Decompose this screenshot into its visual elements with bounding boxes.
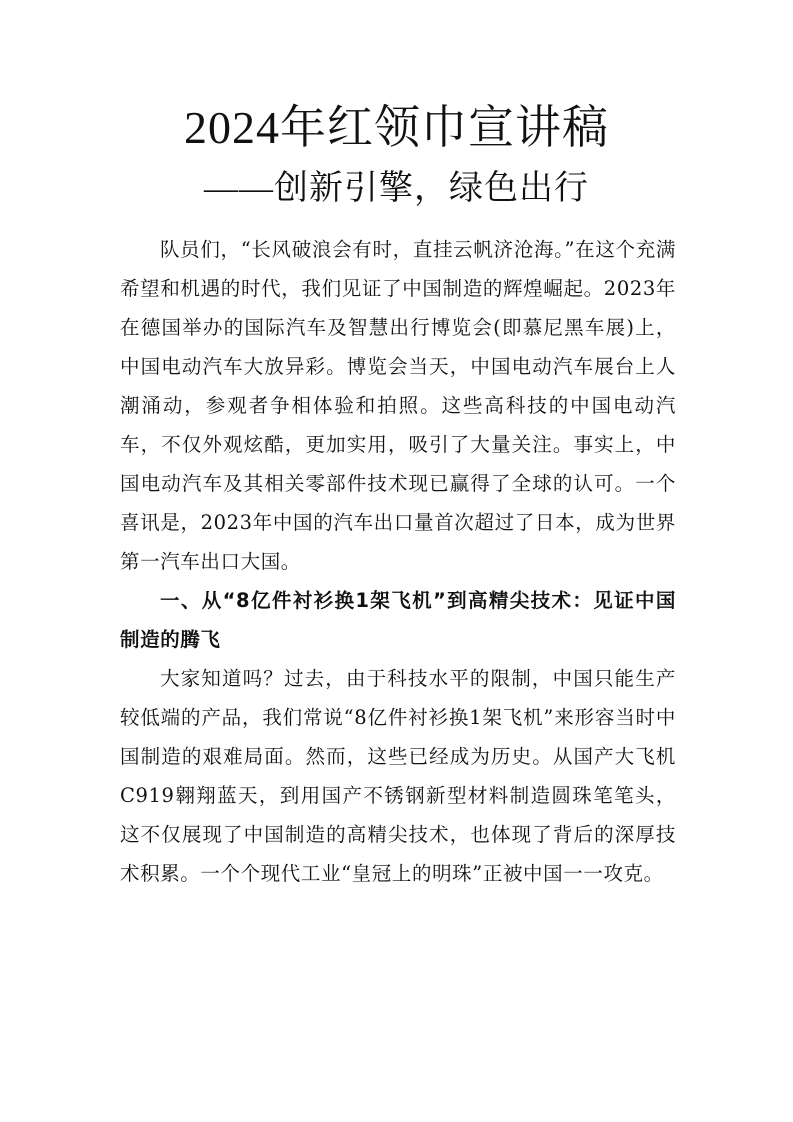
document-title: 2024年红领巾宣讲稿	[0, 98, 793, 158]
section-1-paragraph: 大家知道吗？过去，由于科技水平的限制，中国只能生产较低端的产品，我们常说“8亿件…	[120, 659, 676, 893]
section-heading-1: 一、从“8亿件衬衫换1架飞机”到高精尖技术：见证中国制造的腾飞	[120, 581, 676, 659]
intro-paragraph: 队员们，“长风破浪会有时，直挂云帆济沧海。”在这个充满希望和机遇的时代，我们见证…	[120, 230, 676, 581]
document-body: 队员们，“长风破浪会有时，直挂云帆济沧海。”在这个充满希望和机遇的时代，我们见证…	[120, 230, 676, 893]
document-subtitle: ——创新引擎，绿色出行	[0, 164, 793, 214]
document-page: 2024年红领巾宣讲稿 ——创新引擎，绿色出行 队员们，“长风破浪会有时，直挂云…	[0, 0, 793, 1122]
